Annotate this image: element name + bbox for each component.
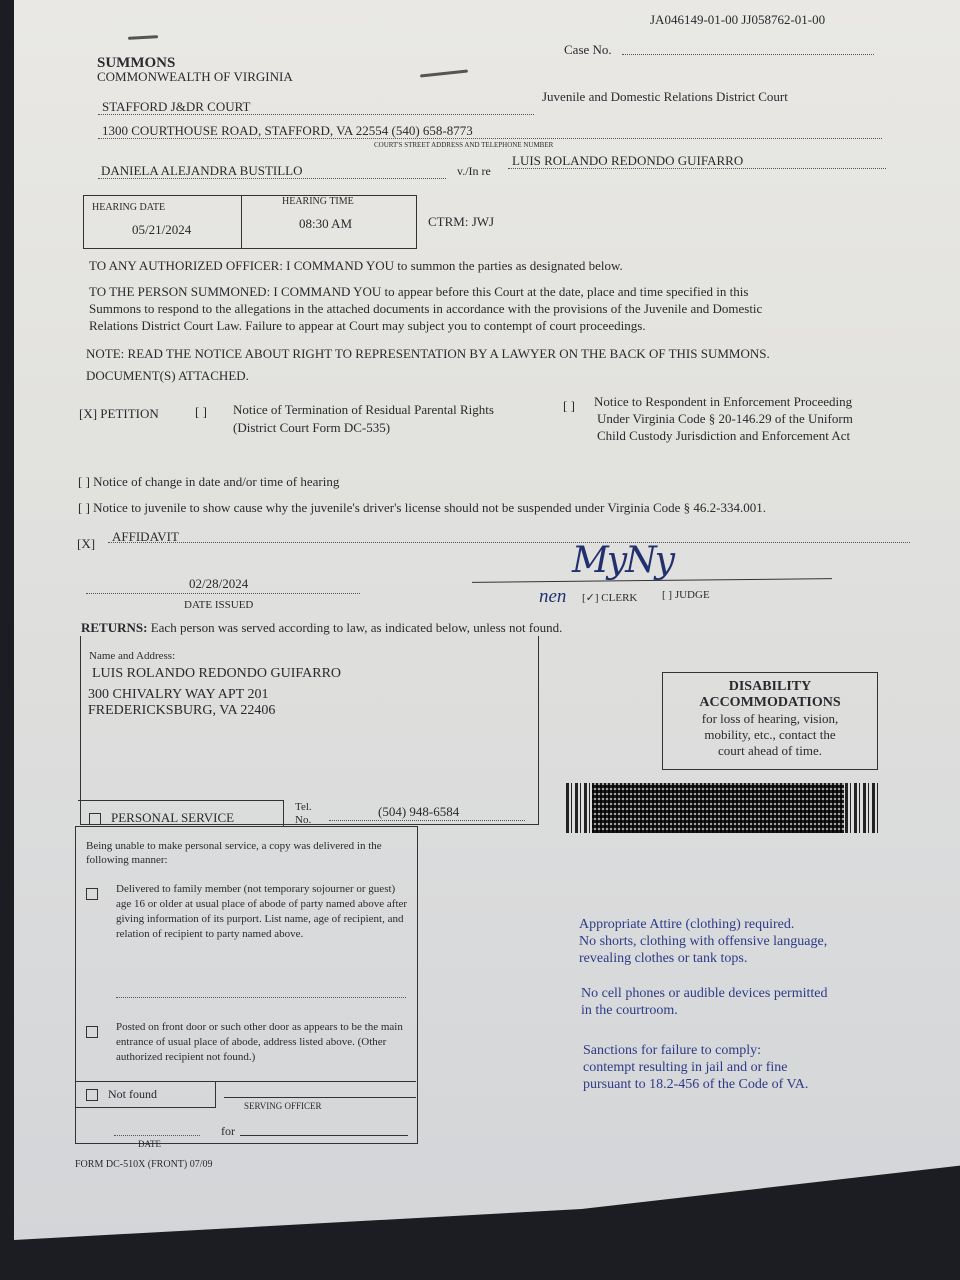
clerk-checkbox[interactable]: [✓] CLERK xyxy=(582,591,637,604)
checkbox-icon xyxy=(86,888,98,900)
termination-label: Notice of Termination of Residual Parent… xyxy=(233,402,494,418)
hearing-box: HEARING DATE 05/21/2024 HEARING TIME 08:… xyxy=(83,195,417,249)
unable-text: Being unable to make personal service, a… xyxy=(86,839,404,867)
disability-text-1: for loss of hearing, vision, xyxy=(663,711,877,727)
disability-text-2: mobility, etc., contact the xyxy=(663,727,877,743)
form-id: FORM DC-510X (FRONT) 07/09 xyxy=(75,1159,213,1170)
disability-notice: DISABILITY ACCOMMODATIONS for loss of he… xyxy=(662,672,878,770)
person-command-line-3: Relations District Court Law. Failure to… xyxy=(89,318,646,334)
family-member-text: Delivered to family member (not temporar… xyxy=(116,882,408,942)
case-no-line xyxy=(622,44,874,55)
person-command-line-2: Summons to respond to the allegations in… xyxy=(89,301,762,317)
substitute-service-box: Being unable to make personal service, a… xyxy=(75,826,418,1144)
family-member-checkbox[interactable] xyxy=(86,885,108,903)
clerk-initials: nen xyxy=(539,586,566,608)
courtroom: CTRM: JWJ xyxy=(428,214,494,230)
case-no-label: Case No. xyxy=(564,42,612,58)
documents-attached-label: DOCUMENT(S) ATTACHED. xyxy=(86,368,249,384)
tel-label: Tel.No. xyxy=(295,801,312,827)
court-address-line xyxy=(98,128,882,139)
served-name: LUIS ROLANDO REDONDO GUIFARRO xyxy=(92,666,341,682)
hearing-time: 08:30 AM xyxy=(299,216,352,232)
enforcement-label-1: Notice to Respondent in Enforcement Proc… xyxy=(594,394,852,410)
affidavit-checkbox[interactable]: [X] xyxy=(77,536,95,552)
officer-command: TO ANY AUTHORIZED OFFICER: I COMMAND YOU… xyxy=(89,258,623,274)
court-address-label: COURT'S STREET ADDRESS AND TELEPHONE NUM… xyxy=(374,141,553,149)
court-type: Juvenile and Domestic Relations District… xyxy=(542,89,788,105)
hearing-date-label: HEARING DATE xyxy=(92,202,165,213)
for-label: for xyxy=(221,1124,235,1139)
serving-officer-label: SERVING OFFICER xyxy=(244,1101,322,1111)
personal-service-checkbox[interactable]: PERSONAL SERVICE xyxy=(89,810,234,826)
document-subtitle: COMMONWEALTH OF VIRGINIA xyxy=(97,69,293,85)
termination-checkbox[interactable]: [ ] xyxy=(195,404,207,420)
served-address-1: 300 CHIVALRY WAY APT 201 xyxy=(88,687,268,703)
for-line xyxy=(240,1135,408,1136)
clerk-signature: MyNy xyxy=(572,540,673,581)
disability-title-1: DISABILITY xyxy=(663,679,877,695)
person-command-line-1: TO THE PERSON SUMMONED: I COMMAND YOU to… xyxy=(89,284,748,300)
affidavit-line xyxy=(108,532,910,543)
serving-officer-line xyxy=(224,1097,416,1098)
court-name-line xyxy=(98,104,534,115)
versus-label: v./In re xyxy=(457,164,491,179)
checkbox-icon xyxy=(89,813,101,825)
sanctions-notice: Sanctions for failure to comply: contemp… xyxy=(583,1042,808,1093)
petition-checkbox[interactable]: [X] PETITION xyxy=(79,406,159,422)
posted-checkbox[interactable] xyxy=(86,1023,108,1041)
returns-statement: RETURNS: Each person was served accordin… xyxy=(81,620,562,636)
hearing-date: 05/21/2024 xyxy=(132,222,191,238)
name-address-label: Name and Address: xyxy=(89,650,175,662)
petitioner-line xyxy=(98,168,446,179)
attire-notice: Appropriate Attire (clothing) required. … xyxy=(579,916,827,967)
hearing-divider xyxy=(241,196,242,248)
posted-text: Posted on front door or such other door … xyxy=(116,1020,408,1065)
enforcement-checkbox[interactable]: [ ] xyxy=(563,398,575,414)
enforcement-label-3: Child Custody Jurisdiction and Enforceme… xyxy=(597,428,850,444)
change-notice-checkbox[interactable]: [ ] Notice of change in date and/or time… xyxy=(78,474,339,490)
tel-number: (504) 948-6584 xyxy=(378,804,459,820)
return-date-line xyxy=(114,1127,200,1136)
date-issued-label: DATE ISSUED xyxy=(184,599,253,611)
barcode-icon xyxy=(566,783,878,833)
not-found-checkbox[interactable]: Not found xyxy=(86,1087,157,1102)
hearing-time-label: HEARING TIME xyxy=(282,196,354,207)
termination-form: (District Court Form DC-535) xyxy=(233,420,390,436)
respondent-line xyxy=(508,158,886,169)
disability-text-3: court ahead of time. xyxy=(663,743,877,759)
return-date-label: DATE xyxy=(138,1139,161,1149)
checkbox-icon xyxy=(86,1089,98,1101)
lawyer-notice: NOTE: READ THE NOTICE ABOUT RIGHT TO REP… xyxy=(86,346,770,362)
case-numbers: JA046149-01-00 JJ058762-01-00 xyxy=(650,12,825,28)
license-notice-checkbox[interactable]: [ ] Notice to juvenile to show cause why… xyxy=(78,500,766,516)
served-address-2: FREDERICKSBURG, VA 22406 xyxy=(88,703,275,719)
checkbox-icon xyxy=(86,1026,98,1038)
date-issued-line xyxy=(86,584,360,594)
recipient-line xyxy=(116,991,406,998)
enforcement-label-2: Under Virginia Code § 20-146.29 of the U… xyxy=(597,411,853,427)
phones-notice: No cell phones or audible devices permit… xyxy=(581,985,827,1019)
judge-checkbox[interactable]: [ ] JUDGE xyxy=(662,589,710,601)
disability-title-2: ACCOMMODATIONS xyxy=(663,695,877,711)
name-address-box: Name and Address: LUIS ROLANDO REDONDO G… xyxy=(80,636,539,825)
